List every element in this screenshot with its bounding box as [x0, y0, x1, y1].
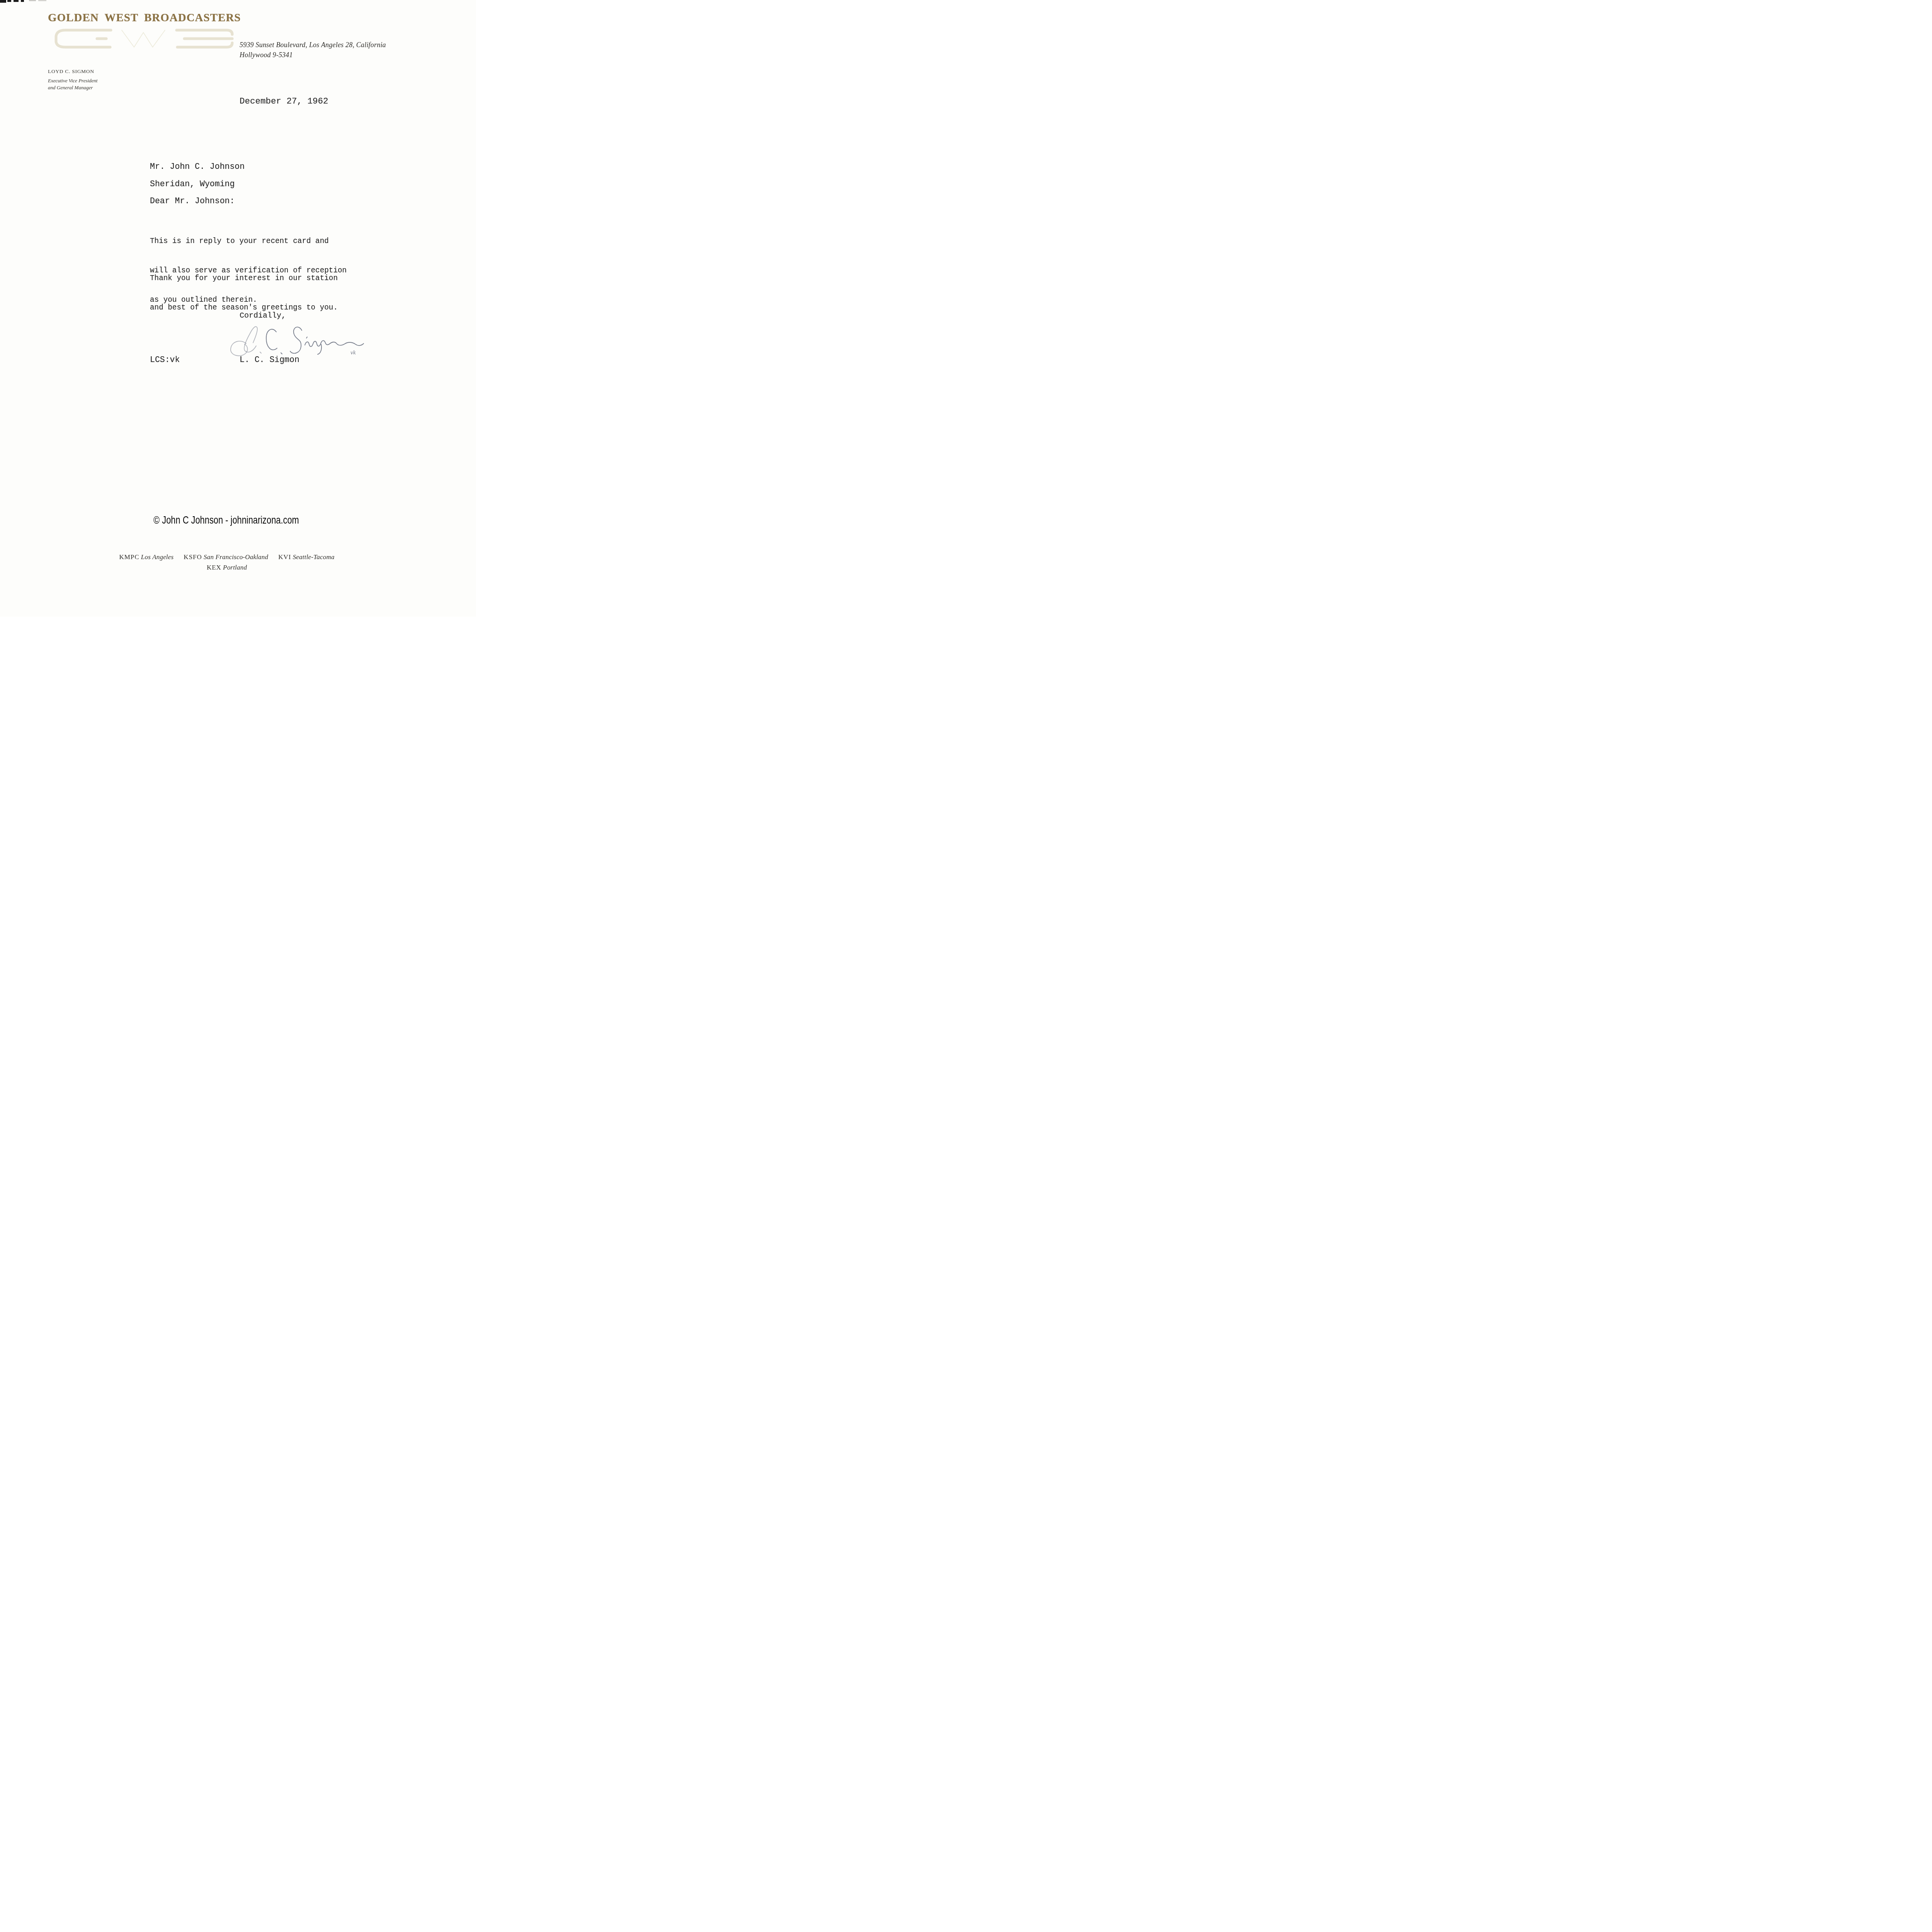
gwb-monogram-watermark	[52, 28, 237, 49]
station-call: KVI	[278, 553, 291, 561]
station-city: Los Angeles	[141, 553, 174, 561]
credit-line: © John C Johnson - johninarizona.com	[0, 514, 452, 526]
letterhead-address: 5939 Sunset Boulevard, Los Angeles 28, C…	[240, 40, 386, 60]
station-kvi: KVI Seattle-Tacoma	[278, 553, 334, 561]
address-line-2: Hollywood 9-5341	[240, 50, 386, 60]
letter-page: GOLDEN WEST BROADCASTERS 5939 Sunset Bou…	[0, 0, 476, 617]
stations-footer-line-1: KMPC Los AngelesKSFO San Francisco-Oakla…	[0, 553, 454, 561]
scan-artifact	[38, 0, 46, 1]
credit-text: © John C Johnson - johninarizona.com	[153, 514, 299, 526]
officer-title-line-1: Executive Vice President	[48, 77, 97, 84]
address-line-1: 5939 Sunset Boulevard, Los Angeles 28, C…	[240, 40, 386, 50]
scan-artifact-strip	[0, 0, 77, 3]
stations-footer-line-2: KEX Portland	[0, 564, 454, 571]
salutation: Dear Mr. Johnson:	[150, 197, 235, 206]
officer-block: LOYD C. SIGMON Executive Vice President …	[48, 68, 97, 91]
handwritten-signature: vk	[226, 319, 367, 359]
paragraph-2-line-1: Thank you for your interest in our stati…	[150, 274, 338, 283]
reference-initials: LCS:vk	[150, 355, 180, 365]
scan-artifact	[21, 0, 24, 2]
typed-signature-name: L. C. Sigmon	[240, 355, 299, 365]
secretary-initials: vk	[350, 350, 356, 355]
scan-artifact	[14, 0, 19, 2]
station-call: KSFO	[184, 553, 202, 561]
scan-artifact	[0, 0, 6, 3]
station-city: Seattle-Tacoma	[293, 553, 335, 561]
letter-date: December 27, 1962	[240, 96, 328, 106]
officer-name: LOYD C. SIGMON	[48, 68, 97, 75]
scan-artifact	[29, 0, 36, 1]
station-call: KEX	[207, 564, 221, 571]
station-city: Portland	[223, 564, 247, 571]
station-ksfo: KSFO San Francisco-Oakland	[184, 553, 268, 561]
station-kex: KEX Portland	[207, 564, 247, 571]
recipient-city: Sheridan, Wyoming	[150, 180, 235, 189]
scan-artifact	[7, 0, 11, 2]
company-name: GOLDEN WEST BROADCASTERS	[48, 12, 241, 24]
station-city: San Francisco-Oakland	[204, 553, 268, 561]
recipient-name: Mr. John C. Johnson	[150, 162, 245, 172]
paragraph-1-line-1: This is in reply to your recent card and	[150, 236, 347, 246]
officer-title-line-2: and General Manager	[48, 84, 97, 91]
station-kmpc: KMPC Los Angeles	[119, 553, 173, 561]
station-call: KMPC	[119, 553, 139, 561]
